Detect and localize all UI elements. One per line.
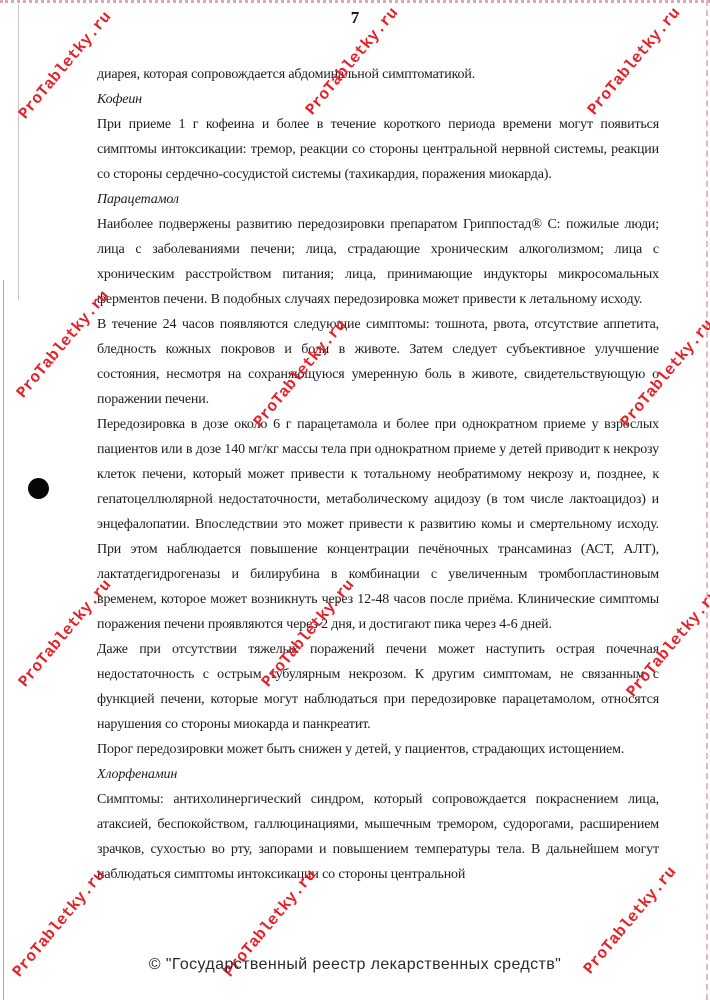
- document-paragraph: В течение 24 часов появляются следующие …: [97, 312, 659, 412]
- section-heading-paracetamol: Парацетамол: [97, 187, 659, 212]
- scan-edge-left-line-upper: [18, 4, 19, 300]
- section-heading-caffeine: Кофеин: [97, 87, 659, 112]
- scan-edge-top-line: [0, 0, 710, 3]
- document-paragraph: Передозировка в дозе около 6 г парацетам…: [97, 412, 659, 637]
- document-paragraph: диарея, которая сопровождается абдоминал…: [97, 62, 659, 87]
- document-paragraph: Даже при отсутствии тяжелых поражений пе…: [97, 637, 659, 737]
- section-heading-chlorphenamine: Хлорфенамин: [97, 762, 659, 787]
- document-paragraph: Наиболее подвержены развитию передозиров…: [97, 212, 659, 312]
- document-paragraph: При приеме 1 г кофеина и более в течение…: [97, 112, 659, 187]
- punch-hole-mark: [28, 478, 49, 499]
- scan-edge-right-line: [706, 0, 708, 1000]
- scanned-document-page: 7 диарея, которая сопровождается абдомин…: [0, 0, 710, 1000]
- copyright-footer: © "Государственный реестр лекарственных …: [0, 956, 710, 974]
- page-number: 7: [0, 8, 710, 28]
- document-paragraph: Порог передозировки может быть снижен у …: [97, 737, 659, 762]
- document-body: диарея, которая сопровождается абдоминал…: [97, 62, 659, 887]
- document-paragraph: Симптомы: антихолинергический синдром, к…: [97, 787, 659, 887]
- scan-edge-left-line-lower: [3, 280, 4, 1000]
